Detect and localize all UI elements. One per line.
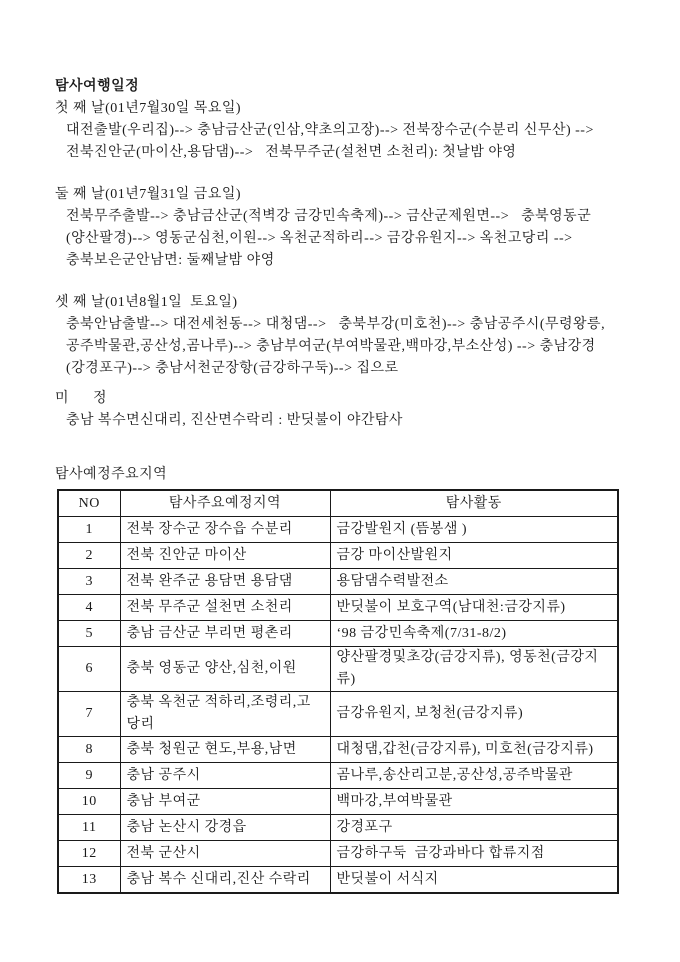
day-3-section: 셋 째 날(01년8월1일 토요일) 충북안남출발--> 대전세천동--> 대청… — [55, 292, 622, 380]
cell-activity: 반딧불이 보호구역(남대천:금강지류) — [330, 595, 618, 621]
cell-no: 2 — [58, 543, 120, 569]
cell-activity: 용담댐수력발전소 — [330, 569, 618, 595]
day-1-line: 전북진안군(마이산,용담댐)--> 전북무주군(설천면 소천리): 첫날밤 야영 — [55, 142, 622, 164]
table-header-row: NO 탐사주요예정지역 탐사활동 — [58, 490, 618, 517]
table-row: 13 충남 복수 신대리,진산 수락리 반딧불이 서식지 — [58, 867, 618, 894]
day-2-line: (양산팔경)--> 영동군심천,이원--> 옥천군적하리--> 금강유원지-->… — [55, 228, 622, 250]
cell-region: 충북 영동군 양산,심천,이원 — [120, 647, 330, 692]
cell-activity: 대청댐,갑천(금강지류), 미호천(금강지류) — [330, 737, 618, 763]
day-2-line: 충북보은군안남면: 둘째날밤 야영 — [55, 250, 622, 272]
day-2-section: 둘 째 날(01년7월31일 금요일) 전북무주출발--> 충남금산군(적벽강 … — [55, 184, 622, 272]
cell-region: 전북 무주군 설천면 소천리 — [120, 595, 330, 621]
cell-activity: 금강 마이산발원지 — [330, 543, 618, 569]
cell-activity: 곰나루,송산리고분,공산성,공주박물관 — [330, 763, 618, 789]
cell-no: 8 — [58, 737, 120, 763]
cell-no: 13 — [58, 867, 120, 894]
table-row: 11 충남 논산시 강경읍 강경포구 — [58, 815, 618, 841]
table-row: 1 전북 장수군 장수읍 수분리 금강발원지 (뜸봉샘 ) — [58, 517, 618, 543]
cell-activity: 금강하구둑 금강과바다 합류지점 — [330, 841, 618, 867]
day-3-heading: 셋 째 날(01년8월1일 토요일) — [55, 292, 622, 314]
cell-activity: 양산팔경및초강(금강지류), 영동천(금강지류) — [330, 647, 618, 692]
column-header-activity: 탐사활동 — [330, 490, 618, 517]
table-row: 8 충북 청원군 현도,부용,남면 대청댐,갑천(금강지류), 미호천(금강지류… — [58, 737, 618, 763]
document-page: 탐사여행일정 첫 째 날(01년7월30일 목요일) 대전출발(우리집)--> … — [0, 0, 680, 962]
day-1-line: 대전출발(우리집)--> 충남금산군(인삼,약초의고장)--> 전북장수군(수분… — [55, 120, 622, 142]
cell-no: 11 — [58, 815, 120, 841]
day-1-heading: 첫 째 날(01년7월30일 목요일) — [55, 98, 622, 120]
cell-region: 충남 금산군 부리면 평촌리 — [120, 621, 330, 647]
day-3-line: 공주박물관,공산성,곰나루)--> 충남부여군(부여박물관,백마강,부소산성) … — [55, 336, 622, 358]
undecided-line: 충남 복수면신대리, 진산면수락리 : 반딧불이 야간탐사 — [55, 410, 622, 432]
cell-no: 12 — [58, 841, 120, 867]
cell-activity: 반딧불이 서식지 — [330, 867, 618, 894]
cell-no: 3 — [58, 569, 120, 595]
cell-no: 10 — [58, 789, 120, 815]
day-2-line: 전북무주출발--> 충남금산군(적벽강 금강민속축제)--> 금산군제원면-->… — [55, 206, 622, 228]
table-row: 12 전북 군산시 금강하구둑 금강과바다 합류지점 — [58, 841, 618, 867]
cell-region: 전북 장수군 장수읍 수분리 — [120, 517, 330, 543]
column-header-no: NO — [58, 490, 120, 517]
expedition-plan-table: NO 탐사주요예정지역 탐사활동 1 전북 장수군 장수읍 수분리 금강발원지 … — [57, 489, 619, 894]
cell-activity: ‘98 금강민속축제(7/31-8/2) — [330, 621, 618, 647]
cell-region: 충북 옥천군 적하리,조령리,고당리 — [120, 692, 330, 737]
table-row: 6 충북 영동군 양산,심천,이원 양산팔경및초강(금강지류), 영동천(금강지… — [58, 647, 618, 692]
cell-region: 전북 완주군 용담면 용담댐 — [120, 569, 330, 595]
cell-activity: 금강유원지, 보청천(금강지류) — [330, 692, 618, 737]
day-1-section: 첫 째 날(01년7월30일 목요일) 대전출발(우리집)--> 충남금산군(인… — [55, 98, 622, 164]
page-title: 탐사여행일정 — [55, 76, 622, 98]
cell-no: 7 — [58, 692, 120, 737]
cell-no: 6 — [58, 647, 120, 692]
table-row: 9 충남 공주시 곰나루,송산리고분,공산성,공주박물관 — [58, 763, 618, 789]
cell-activity: 금강발원지 (뜸봉샘 ) — [330, 517, 618, 543]
cell-no: 5 — [58, 621, 120, 647]
cell-region: 전북 군산시 — [120, 841, 330, 867]
table-row: 5 충남 금산군 부리면 평촌리 ‘98 금강민속축제(7/31-8/2) — [58, 621, 618, 647]
table-row: 10 충남 부여군 백마강,부여박물관 — [58, 789, 618, 815]
undecided-heading: 미 정 — [55, 388, 622, 410]
table-title: 탐사예정주요지역 — [55, 464, 622, 486]
cell-region: 충북 청원군 현도,부용,남면 — [120, 737, 330, 763]
column-header-region: 탐사주요예정지역 — [120, 490, 330, 517]
table-row: 7 충북 옥천군 적하리,조령리,고당리 금강유원지, 보청천(금강지류) — [58, 692, 618, 737]
table-row: 4 전북 무주군 설천면 소천리 반딧불이 보호구역(남대천:금강지류) — [58, 595, 618, 621]
day-2-heading: 둘 째 날(01년7월31일 금요일) — [55, 184, 622, 206]
cell-region: 충남 복수 신대리,진산 수락리 — [120, 867, 330, 894]
table-row: 2 전북 진안군 마이산 금강 마이산발원지 — [58, 543, 618, 569]
cell-no: 4 — [58, 595, 120, 621]
cell-region: 충남 부여군 — [120, 789, 330, 815]
table-row: 3 전북 완주군 용담면 용담댐 용담댐수력발전소 — [58, 569, 618, 595]
cell-no: 1 — [58, 517, 120, 543]
day-3-line: 충북안남출발--> 대전세천동--> 대청댐--> 충북부강(미호천)--> 충… — [55, 314, 622, 336]
cell-activity: 강경포구 — [330, 815, 618, 841]
cell-region: 전북 진안군 마이산 — [120, 543, 330, 569]
cell-activity: 백마강,부여박물관 — [330, 789, 618, 815]
cell-no: 9 — [58, 763, 120, 789]
cell-region: 충남 논산시 강경읍 — [120, 815, 330, 841]
undecided-section: 미 정 충남 복수면신대리, 진산면수락리 : 반딧불이 야간탐사 — [55, 388, 622, 432]
day-3-line: (강경포구)--> 충남서천군장항(금강하구둑)--> 집으로 — [55, 358, 622, 380]
cell-region: 충남 공주시 — [120, 763, 330, 789]
